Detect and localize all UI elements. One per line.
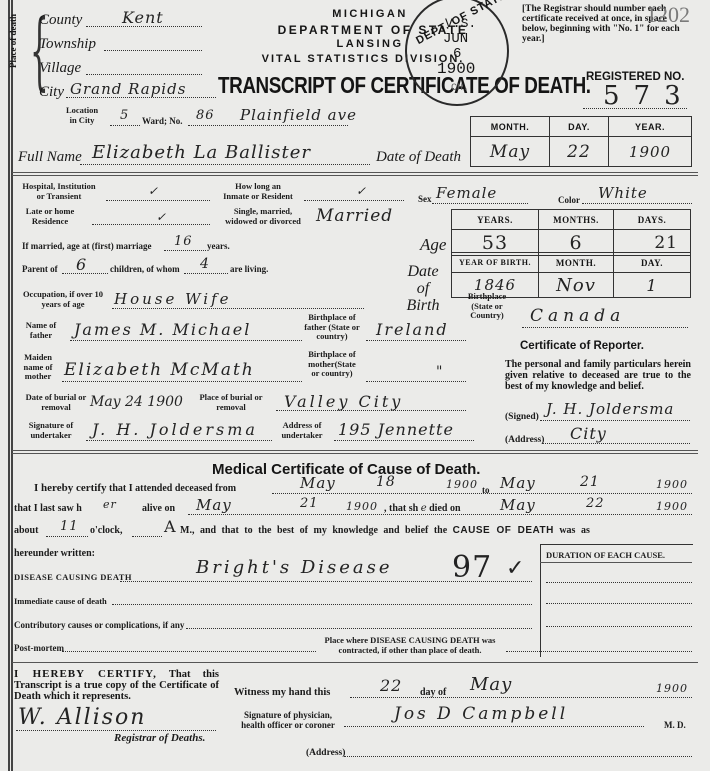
burial-place-label: Place of burial or removal (196, 393, 266, 412)
witness-day: 22 (380, 676, 402, 695)
witness-date-line (350, 697, 692, 698)
hospital-line (106, 200, 210, 201)
attended-to-year: 1900 (656, 478, 688, 491)
divider-rule (12, 662, 698, 663)
died-day: 22 (586, 496, 605, 511)
day-of-label: day of (420, 688, 446, 698)
father-name-label-text: Name of father (26, 320, 56, 340)
inmate-label: How long an Inmate or Resident (222, 182, 294, 201)
mother-birthplace-label-text: Birthplace of mother(State or country) (308, 349, 356, 378)
last-saw-label: that I last saw h (14, 504, 82, 514)
birthplace-label: Birthplace (State or Country) (466, 292, 508, 321)
contributory-causes-label: Contributory causes or complications, if… (14, 620, 184, 630)
children-count-value: 6 (76, 255, 87, 274)
mother-birthplace-label: Birthplace of mother(State or country) (304, 350, 360, 379)
left-border-rule-inner (11, 0, 13, 771)
registered-no-value: 573 (603, 81, 695, 111)
undertaker-signature-label-text: Signature of undertaker (29, 420, 73, 440)
divider-rule (12, 453, 698, 454)
died-suffix: e (421, 503, 427, 514)
last-saw-suffix: er (103, 498, 117, 511)
sex-value: Female (436, 184, 497, 202)
stamp-bottom: CH. (451, 83, 469, 94)
city-label: City (39, 84, 64, 101)
physician-signature-label-text: Signature of physician, health officer o… (241, 710, 335, 730)
location-in-city-text: Location in City (62, 106, 102, 125)
inmate-value: ✓ (356, 184, 367, 198)
post-mortem-line (62, 651, 316, 652)
mother-name-value: Elizabeth McMath (64, 360, 255, 380)
undertaker-signature: J. H. Joldersma (92, 420, 258, 439)
hospital-label: Hospital, Institution or Transient (20, 182, 98, 201)
physician-signature-label: Signature of physician, health officer o… (238, 711, 338, 730)
marital-status-label: Single, married, widowed or divorced (222, 207, 304, 226)
birthplace-label-text: Birthplace (State or Country) (468, 291, 506, 320)
marriage-age-line (164, 250, 206, 251)
sex-line (432, 203, 528, 204)
contracted-place-label-text: Place where DISEASE CAUSING DEATH was co… (325, 635, 496, 655)
death-year-value: 1900 (609, 137, 692, 167)
certify-bold: I hereby certify (34, 482, 107, 494)
birth-day-header: DAY. (614, 253, 691, 273)
undertaker-address-value: 195 Jennette (338, 420, 454, 439)
transcript-certify-bold: I HEREBY CERTIFY, (14, 668, 157, 680)
immediate-cause-line (112, 604, 532, 605)
death-day-value: 22 (550, 137, 609, 167)
last-saw-date-line (188, 514, 692, 515)
last-saw-day: 21 (300, 496, 319, 511)
age-days-header: DAYS. (614, 210, 691, 230)
physician-signature-line (344, 726, 644, 727)
disease-check-mark: ✓ (506, 556, 525, 581)
color-label: Color (558, 195, 580, 205)
burial-date-label-text: Date of burial or removal (26, 392, 87, 412)
date-of-death-table: MONTH. DAY. YEAR. May 22 1900 (470, 116, 692, 167)
mother-name-label: Maiden name of mother (18, 353, 58, 382)
physician-signature: Jos D Campbell (394, 704, 568, 724)
birth-month-header: MONTH. (539, 253, 614, 273)
death-year-header: YEAR. (609, 117, 692, 137)
last-saw-year: 1900 (346, 500, 378, 513)
residence-label-text: Late or home Residence (26, 206, 74, 226)
village-label: Village (39, 60, 81, 77)
ward-label: Ward; No. (142, 116, 183, 126)
died-label-b: died on (429, 503, 460, 514)
father-birthplace-value: Ireland (376, 320, 449, 339)
document-title: TRANSCRIPT OF CERTIFICATE OF DEATH. (218, 72, 591, 99)
ward-value: 5 (120, 108, 129, 123)
occupation-line (112, 308, 364, 309)
mother-name-line (62, 381, 302, 382)
attended-to-day: 21 (580, 474, 600, 490)
parent-of-label: Parent of (22, 264, 58, 274)
mother-birthplace-value: " (436, 364, 443, 380)
divider-rule (12, 172, 698, 173)
place-of-death-side-label: Place of death (8, 14, 18, 68)
hereunder-label: hereunder written: (14, 549, 95, 559)
are-living-label: are living. (230, 264, 268, 274)
was-as-label: was as (559, 525, 590, 536)
age-table: YEARS. MONTHS. DAYS. 53 6 21 (451, 209, 691, 256)
divider-rule (12, 175, 698, 176)
birthplace-line (522, 327, 688, 328)
county-label: County (39, 12, 82, 29)
attended-to-label: to (482, 485, 490, 495)
age-label: Age (420, 235, 446, 255)
age-years-header: YEARS. (452, 210, 539, 230)
date-of-birth-label-text: Date of Birth (407, 263, 440, 314)
reporter-certificate-text: The personal and family particulars here… (505, 359, 691, 392)
ward-field-line (110, 125, 140, 126)
attended-from-day: 18 (376, 474, 396, 490)
left-border-rule (8, 0, 10, 771)
stamp-year: 1900 (437, 60, 475, 78)
reporter-certificate-text-body: The personal and family particulars here… (505, 359, 691, 392)
registrar-signature: W. Allison (18, 705, 146, 730)
witness-label: Witness my hand this (234, 688, 330, 698)
attended-from-month: May (300, 474, 336, 492)
residence-line (92, 224, 210, 225)
burial-date-label: Date of burial or removal (20, 393, 92, 412)
hospital-value: ✓ (148, 184, 159, 198)
full-name-value: Elizabeth La Ballister (92, 142, 311, 163)
duration-line-1 (546, 582, 692, 583)
md-label: M. D. (664, 720, 686, 730)
undertaker-signature-line (86, 440, 272, 441)
attended-line: I hereby certify that I attended decease… (34, 483, 236, 494)
death-month-header: MONTH. (471, 117, 550, 137)
mother-name-label-text: Maiden name of mother (23, 352, 52, 381)
medical-certificate-title: Medical Certificate of Cause of Death. (212, 461, 480, 478)
reporter-certificate-title: Certificate of Reporter. (520, 340, 644, 352)
sex-label: Sex (418, 194, 432, 204)
hour-line (46, 536, 88, 537)
birth-year-header: YEAR OF BIRTH. (452, 253, 539, 273)
alive-on-label: alive on (142, 504, 175, 514)
inmate-line (304, 200, 404, 201)
marital-status-value: Married (316, 206, 393, 226)
occupation-label: Occupation, if over 10 years of age (20, 290, 106, 309)
reporter-address-value: City (570, 424, 607, 443)
township-label: Township (39, 36, 96, 53)
oclock-label: o'clock, (90, 526, 123, 536)
death-day-header: DAY. (550, 117, 609, 137)
received-date-stamp: DEPT. OF STATE V.S. JUN 6 1900 CH. (405, 0, 509, 106)
death-month-value: May (471, 137, 550, 167)
reporter-signature: J. H. Joldersma (546, 400, 674, 418)
living-count-line (184, 273, 228, 274)
full-name-line (80, 164, 370, 165)
county-value: Kent (122, 8, 164, 27)
street-number-value: 86 (196, 108, 215, 123)
marital-status-label-text: Single, married, widowed or divorced (225, 206, 301, 226)
location-in-city-label: Location in City (62, 106, 102, 125)
inmate-label-text: How long an Inmate or Resident (223, 181, 293, 201)
village-field-line (86, 74, 202, 75)
duration-line-3 (546, 626, 692, 627)
full-name-label: Full Name (18, 149, 82, 166)
meridiem-line (132, 536, 162, 537)
hour-value: 11 (60, 519, 79, 534)
cause-of-death-bold: CAUSE OF DEATH (453, 525, 554, 536)
died-label-a: , that sh (384, 503, 418, 514)
burial-date-value: May 24 1900 (90, 394, 183, 410)
reporter-address-label: (Address) (505, 435, 544, 445)
contributory-causes-line (186, 628, 532, 629)
stamp-vs: V.S. (445, 16, 476, 31)
burial-place-value: Valley City (284, 392, 403, 411)
hospital-label-text: Hospital, Institution or Transient (22, 181, 95, 201)
attended-to-month: May (500, 474, 536, 492)
city-value: Grand Rapids (70, 80, 186, 98)
post-mortem-label: Post-mortem (14, 643, 64, 653)
registrar-signature-line (16, 730, 216, 731)
meridiem-suffix-label: M., and that to the best of my knowledge… (180, 526, 590, 536)
attended-text: that I attended deceased from (109, 483, 236, 494)
duration-box (540, 544, 693, 657)
disease-value: Bright's Disease (196, 557, 393, 578)
disease-causing-death-label: DISEASE CAUSING DEATH (14, 572, 132, 582)
undertaker-address-label-text: Address of undertaker (281, 420, 322, 440)
transcript-certification: I HEREBY CERTIFY, That this Transcript i… (14, 669, 219, 702)
marriage-age-label: If married, age at (first) marriage (22, 241, 151, 251)
birth-month-value: Nov (539, 273, 614, 298)
father-name-line (70, 340, 302, 341)
birthplace-value: Canada (530, 306, 625, 326)
marriage-age-value: 16 (174, 234, 193, 249)
undertaker-address-line (334, 440, 474, 441)
father-name-label: Name of father (20, 321, 62, 340)
color-value: White (598, 184, 648, 202)
disease-code: 97 (452, 550, 492, 585)
contracted-place-label: Place where DISEASE CAUSING DEATH was co… (322, 636, 498, 655)
date-of-death-label: Date of Death (376, 149, 461, 166)
witness-year: 1900 (656, 682, 688, 695)
contracted-place-line (506, 651, 692, 652)
immediate-cause-label: Immediate cause of death (14, 596, 107, 606)
color-line (582, 203, 692, 204)
street-field-line (188, 125, 348, 126)
died-year: 1900 (656, 500, 688, 513)
undertaker-signature-label: Signature of undertaker (20, 421, 82, 440)
physician-address-label: (Address) (306, 748, 345, 758)
street-value: Plainfield ave (240, 106, 357, 124)
residence-value: ✓ (156, 210, 167, 224)
mother-birthplace-line (366, 381, 466, 382)
age-months-header: MONTHS. (539, 210, 614, 230)
death-certificate: Place of death { County Kent Township Vi… (0, 0, 710, 771)
birth-day-value: 1 (614, 273, 691, 298)
last-saw-month: May (196, 496, 232, 514)
file-number: 1202 (646, 2, 690, 28)
witness-month: May (470, 674, 512, 695)
reporter-signed-line (540, 420, 690, 421)
residence-label: Late or home Residence (20, 207, 80, 226)
stamp-month: JUN (443, 31, 468, 47)
meridiem-value: A (164, 517, 177, 536)
occupation-label-text: Occupation, if over 10 years of age (23, 289, 103, 309)
reporter-address-line (542, 443, 690, 444)
marriage-age-years-label: years. (207, 241, 230, 251)
living-count-value: 4 (200, 256, 210, 272)
father-birthplace-label-text: Birthplace of father (State or country) (304, 312, 360, 341)
divider-rule (12, 450, 698, 451)
meridiem-suffix-text: M., and that to the best of my knowledge… (180, 525, 447, 536)
duration-line-2 (546, 603, 692, 604)
reporter-signed-label: (Signed) (505, 412, 539, 422)
occupation-value: House Wife (114, 290, 232, 308)
about-label: about (14, 526, 38, 536)
burial-place-label-text: Place of burial or removal (199, 392, 262, 412)
father-name-value: James M. Michael (74, 320, 251, 339)
duration-header: DURATION OF EACH CAUSE. (546, 550, 665, 560)
undertaker-address-label: Address of undertaker (276, 421, 328, 440)
township-field-line (104, 50, 202, 51)
duration-header-rule (540, 562, 692, 563)
date-of-birth-label: Date of Birth (400, 263, 446, 314)
father-birthplace-label: Birthplace of father (State or country) (304, 313, 360, 342)
physician-address-line (344, 756, 692, 757)
died-month: May (500, 496, 536, 514)
father-birthplace-line (366, 340, 466, 341)
died-label: , that sh e died on (384, 504, 461, 514)
children-of-whom-label: children, of whom (110, 264, 180, 274)
attended-from-year: 1900 (446, 478, 478, 491)
registrar-of-deaths-label: Registrar of Deaths. (114, 732, 205, 744)
